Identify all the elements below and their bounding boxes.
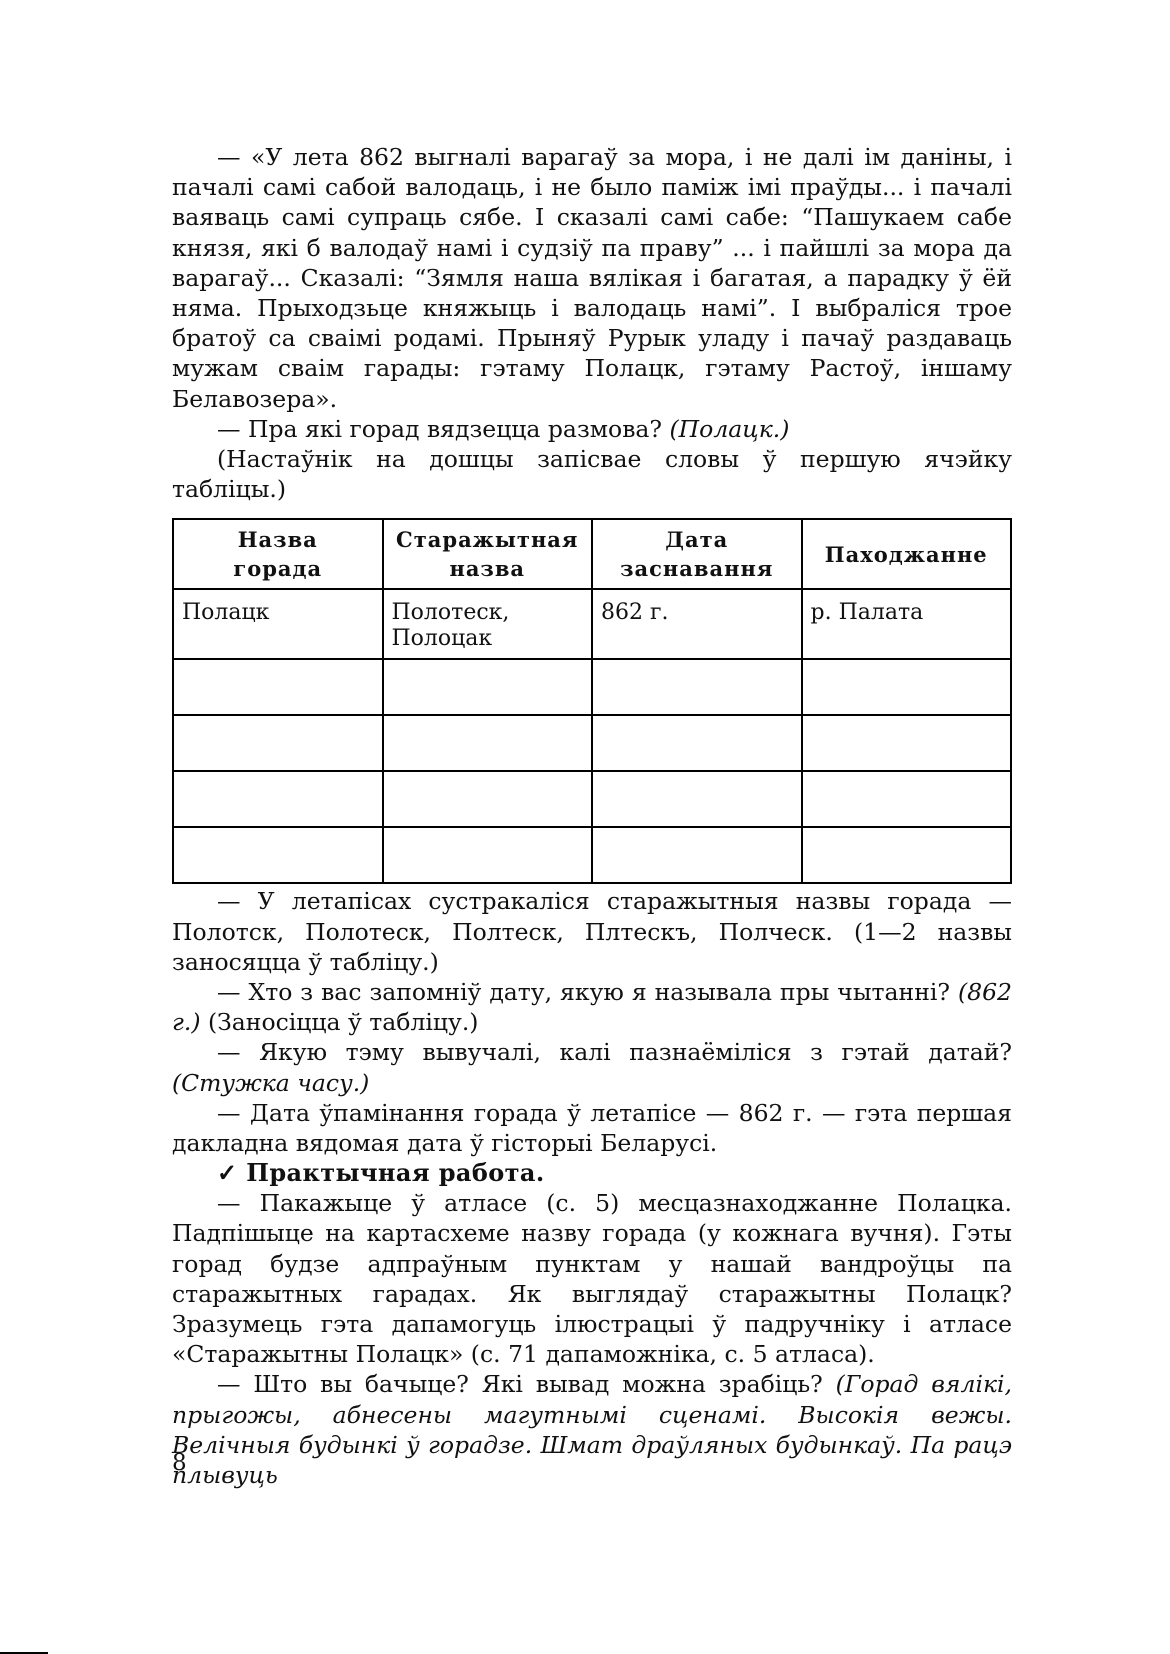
table-cell	[383, 715, 593, 771]
table-cell	[802, 659, 1012, 715]
table-cell	[592, 827, 802, 883]
question-text: — Пра які горад вядзецца размова?	[217, 415, 670, 443]
cities-table: Назвагорада Старажытнаяназва Датазаснава…	[172, 518, 1012, 884]
table-row: ПолацкПолотеск, Полоцак862 г.р. Палата	[173, 589, 1011, 659]
table-header-row: Назвагорада Старажытнаяназва Датазаснава…	[173, 519, 1011, 589]
table-cell	[802, 715, 1012, 771]
table-cell	[173, 659, 383, 715]
date-fact: — Дата ўпамінання горада ў летапісе — 86…	[172, 1098, 1012, 1158]
table-cell	[383, 659, 593, 715]
table-row	[173, 771, 1011, 827]
table-cell	[173, 771, 383, 827]
table-cell: р. Палата	[802, 589, 1012, 659]
table-row	[173, 827, 1011, 883]
date-question: — Хто з вас запомніў дату, якую я называ…	[172, 977, 1012, 1037]
table-cell	[802, 771, 1012, 827]
table-cell: Полотеск, Полоцак	[383, 589, 593, 659]
table-cell	[173, 715, 383, 771]
table-cell	[383, 827, 593, 883]
table-cell	[592, 715, 802, 771]
table-cell: 862 г.	[592, 589, 802, 659]
observation-question: — Што вы бачыце? Які вывад можна зрабіць…	[172, 1369, 1012, 1490]
practical-instructions: — Пакажыце ў атласе (с. 5) месцазнаходжа…	[172, 1188, 1012, 1369]
checkmark-icon: ✓	[217, 1158, 238, 1187]
table-cell	[173, 827, 383, 883]
table-row	[173, 659, 1011, 715]
table-cell	[592, 659, 802, 715]
question-city: — Пра які горад вядзецца размова? (Полац…	[172, 414, 1012, 444]
page-body: — «У лета 862 выгналі варагаў за мора, і…	[172, 142, 1012, 1490]
header-ancient-name: Старажытнаяназва	[383, 519, 593, 589]
practical-work-heading: ✓ Практычная работа.	[172, 1158, 1012, 1188]
chronicle-quote: — «У лета 862 выгналі варагаў за мора, і…	[172, 142, 1012, 414]
table-cell	[592, 771, 802, 827]
table-cell	[802, 827, 1012, 883]
page-number: 8	[172, 1450, 187, 1476]
table-row	[173, 715, 1011, 771]
answer-text: (Стужка часу.)	[172, 1069, 369, 1097]
ancient-names-paragraph: — У летапісах сустракаліся старажытныя н…	[172, 886, 1012, 977]
header-origin: Паходжанне	[802, 519, 1012, 589]
table-cell	[383, 771, 593, 827]
table-cell: Полацк	[173, 589, 383, 659]
header-city-name: Назвагорада	[173, 519, 383, 589]
answer-text: (Полацк.)	[670, 415, 790, 443]
header-founding-date: Датазаснавання	[592, 519, 802, 589]
teacher-note: (Настаўнік на дошцы запісвае словы ў пер…	[172, 444, 1012, 504]
topic-question: — Якую тэму вывучалі, калі пазнаёміліся …	[172, 1037, 1012, 1097]
